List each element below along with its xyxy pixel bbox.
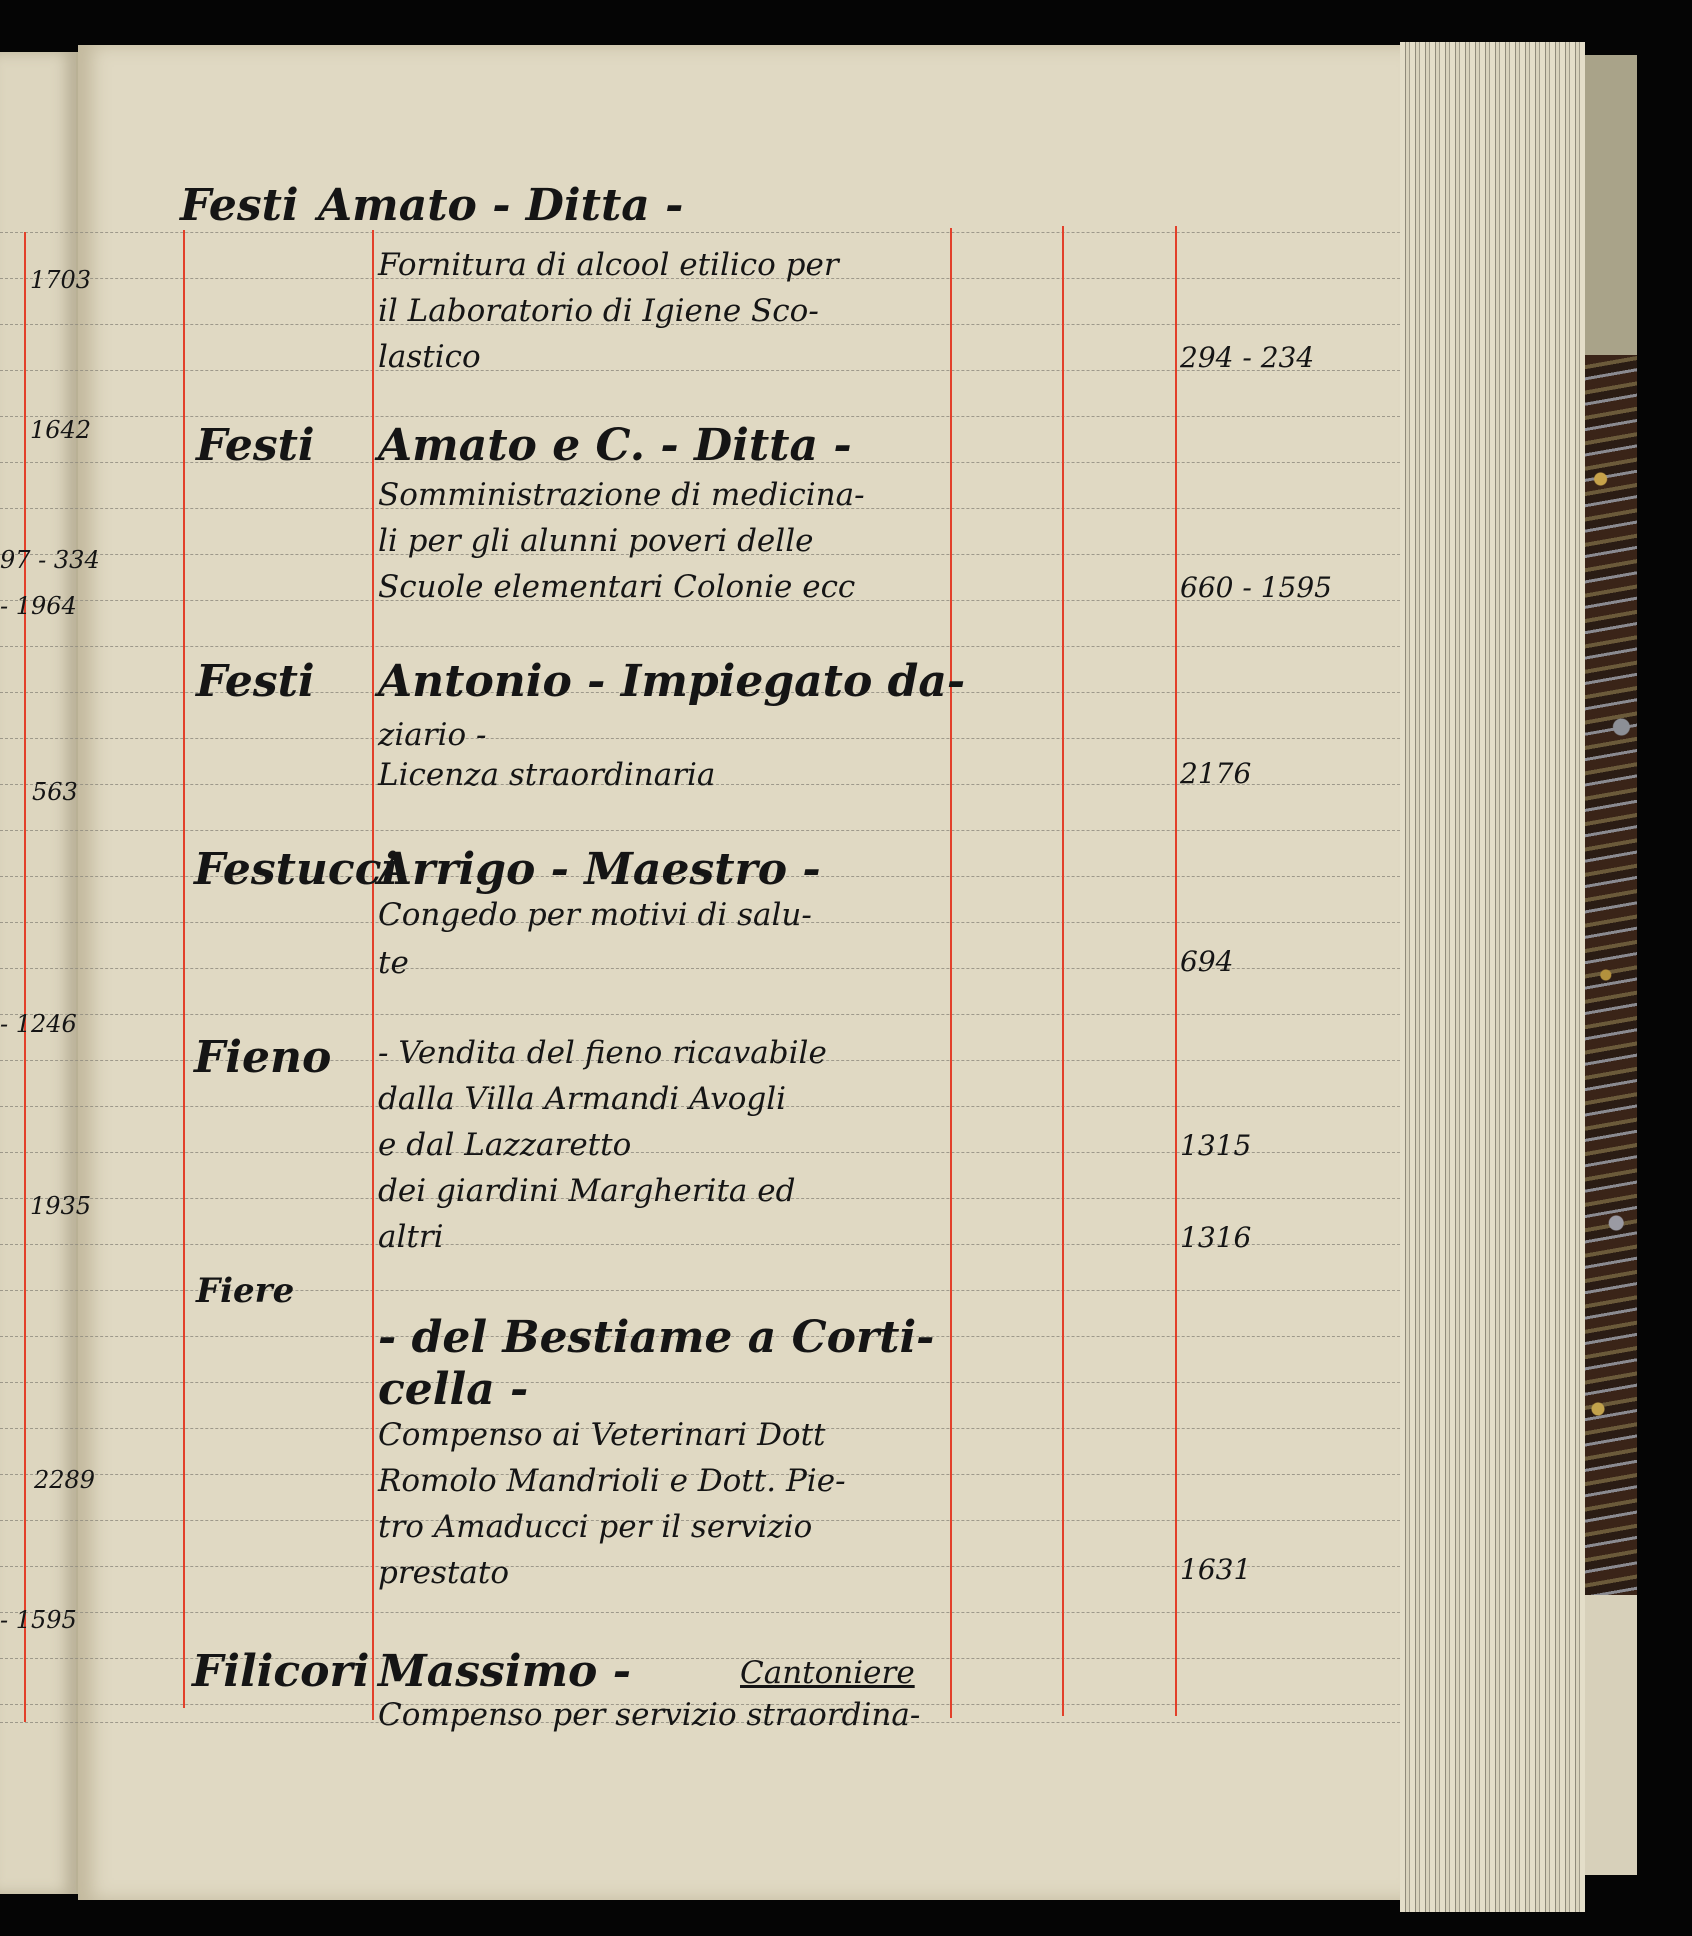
entry-description: tro Amaducci per il servizio bbox=[378, 1512, 812, 1543]
entry-title: - del Bestiame a Corti- bbox=[378, 1316, 934, 1360]
entry-surname: Festi bbox=[196, 424, 315, 468]
entry-reference: 294 - 234 bbox=[1180, 344, 1314, 372]
cover-marbled bbox=[1585, 355, 1637, 1595]
entry-title: Massimo - bbox=[378, 1650, 631, 1694]
entry-description: dalla Villa Armandi Avogli bbox=[378, 1084, 786, 1115]
entry-description: ziario - bbox=[378, 720, 486, 751]
entry-description: Fornitura di alcool etilico per bbox=[378, 250, 839, 281]
entry-reference: 1631 bbox=[1180, 1556, 1251, 1584]
entry-title: Amato e C. - Ditta - bbox=[378, 424, 852, 468]
entry-description: lastico bbox=[378, 342, 481, 373]
entry-surname: Festi bbox=[196, 660, 315, 704]
entry-description: Romolo Mandrioli e Dott. Pie- bbox=[378, 1466, 846, 1497]
entry-description: Somministrazione di medicina- bbox=[378, 480, 865, 511]
entry-description: te bbox=[378, 948, 409, 979]
entry-title: Amato - Ditta - bbox=[318, 184, 683, 228]
entry-surname: Festucci bbox=[194, 848, 398, 892]
entry-description: Licenza straordinaria bbox=[378, 760, 715, 791]
entry-title-underlined: Cantoniere bbox=[740, 1658, 915, 1689]
entry-description: Compenso per servizio straordina- bbox=[378, 1700, 920, 1731]
entry-reference: 660 - 1595 bbox=[1180, 574, 1332, 602]
left-number: 2289 bbox=[34, 1468, 95, 1492]
entry-reference: 1315 bbox=[1180, 1132, 1251, 1160]
entry-title: - Vendita del fieno ricavabile bbox=[378, 1038, 827, 1069]
left-number: - 1964 bbox=[0, 594, 77, 618]
page-edges bbox=[1400, 42, 1585, 1912]
entry-reference: 2176 bbox=[1180, 760, 1251, 788]
entry-surname: Fieno bbox=[194, 1036, 331, 1080]
left-number: 563 bbox=[32, 780, 78, 804]
left-number: - 1595 bbox=[0, 1608, 77, 1632]
cover-vellum-top bbox=[1585, 55, 1637, 355]
entry-surname: Filicori bbox=[192, 1650, 369, 1694]
left-number: 1935 bbox=[30, 1194, 91, 1218]
entry-description: cella - bbox=[378, 1368, 528, 1412]
entry-description: altri bbox=[378, 1222, 444, 1253]
entry-surname: Festi bbox=[180, 184, 299, 228]
entry-description: il Laboratorio di Igiene Sco- bbox=[378, 296, 819, 327]
entry-description: Compenso ai Veterinari Dott bbox=[378, 1420, 826, 1451]
left-number: 1642 bbox=[30, 418, 91, 442]
entry-description: Congedo per motivi di salu- bbox=[378, 900, 812, 931]
entry-title: Antonio - Impiegato da- bbox=[378, 660, 965, 704]
entry-description: li per gli alunni poveri delle bbox=[378, 526, 813, 557]
entry-reference: 1316 bbox=[1180, 1224, 1251, 1252]
entry-reference: 694 bbox=[1180, 948, 1233, 976]
entry-description: dei giardini Margherita ed bbox=[378, 1176, 795, 1207]
left-number: 1703 bbox=[30, 268, 91, 292]
entry-description: e dal Lazzaretto bbox=[378, 1130, 631, 1161]
entry-description: prestato bbox=[378, 1558, 509, 1589]
cover-vellum-bottom bbox=[1585, 1595, 1637, 1875]
left-number: - 1246 bbox=[0, 1012, 77, 1036]
entry-description: Scuole elementari Colonie ecc bbox=[378, 572, 855, 603]
entry-title: Arrigo - Maestro - bbox=[378, 848, 821, 892]
left-number: 97 - 334 bbox=[0, 548, 100, 572]
entry-surname: Fiere bbox=[196, 1274, 294, 1308]
